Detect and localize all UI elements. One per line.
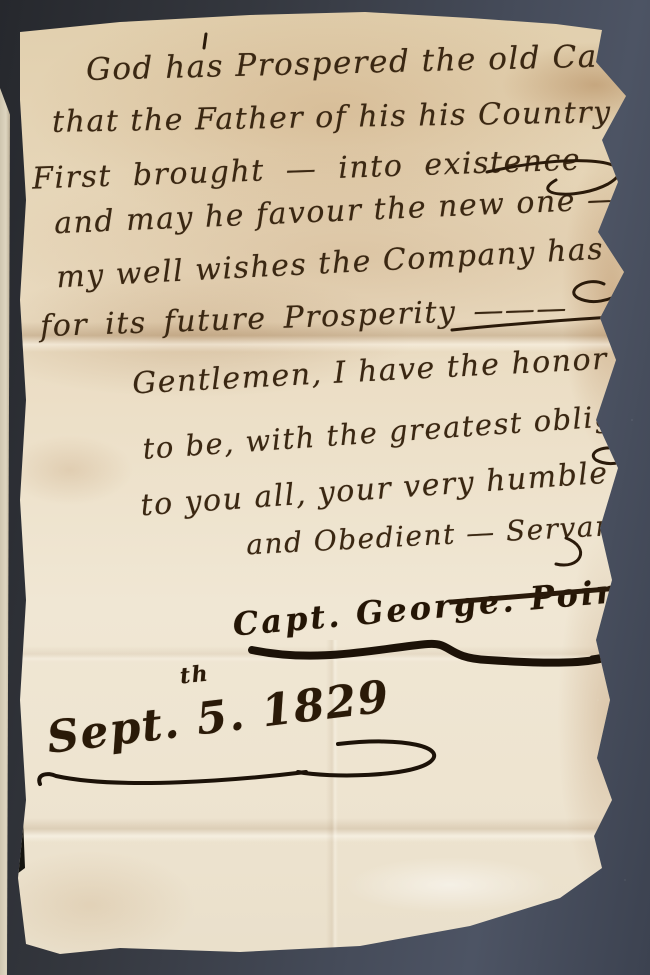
- date-underline: [39, 772, 306, 784]
- signature-underline-flourish: [252, 644, 626, 663]
- signature-descender: [592, 606, 635, 658]
- adjacent-page-edge: [0, 88, 10, 975]
- photographed-letter: God has Prospered the old Canal — that t…: [0, 0, 650, 975]
- letter-line-2: that the Father of his his Country: [52, 95, 612, 140]
- fold-crease: [0, 646, 650, 662]
- letter-line-6: for its future Prosperity ———: [40, 291, 569, 344]
- letter-line-7: Gentlemen, I have the honor: [131, 342, 608, 402]
- letter-line-10: and Obedient — Servants: [245, 508, 644, 562]
- fold-crease: [0, 818, 650, 842]
- letter-line-8: to be, with the greatest obligations: [142, 392, 650, 466]
- date-ordinal-superscript: th: [179, 661, 211, 690]
- signature-line: Capt. George. Pointer: [231, 566, 650, 643]
- date-line: Sept. 5. 1829: [44, 671, 392, 764]
- letter-paper: God has Prospered the old Canal — that t…: [0, 0, 650, 975]
- torn-edge-slit: [15, 810, 25, 874]
- letter-line-5: my well wishes the Company has: [55, 232, 604, 296]
- letter-line-1: God has Prospered the old Canal —: [86, 36, 650, 88]
- ink-tick-mark: [204, 34, 206, 48]
- date-loop-flourish: [298, 741, 434, 775]
